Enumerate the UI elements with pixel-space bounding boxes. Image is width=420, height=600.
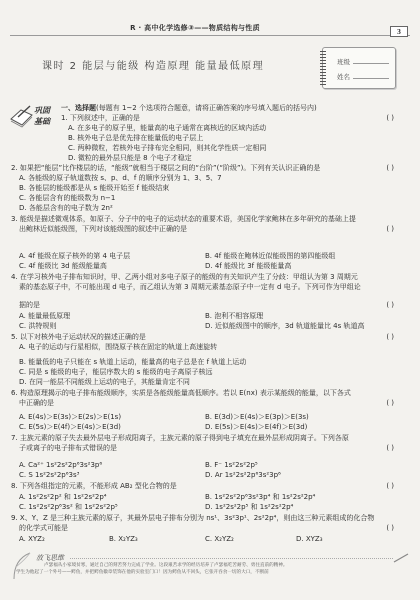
q5-option-b: B. 能量低的电子只能在 s 轨道上运动，能量高的电子总是在 f 轨道上运动 <box>19 358 246 368</box>
q2-option-b: B. 各能层的能级都是从 s 能级开始至 f 能级结束 <box>19 184 169 194</box>
q8-option-c: C. 1s²2s²2p⁶3s² 和 1s²2s²2p⁵ <box>19 503 118 513</box>
page-header: R · 高中化学选修③——物质结构与性质 3 <box>10 20 410 36</box>
q5-option-a: A. 电子的运动与行星相似，围绕原子核在固定的轨道上高速旋转 <box>19 343 217 353</box>
q2-option-a: A. 各能级的原子轨道数按 s、p、d、f 的顺序分别为 1、3、5、7 <box>19 174 222 184</box>
worksheet-page: R · 高中化学选修③——物质结构与性质 3 课时 2 能层与能级 构造原理 能… <box>0 0 420 600</box>
q6-stem-line1: 6. 构造原理揭示的电子排布能级顺序，实质是各能级能量高低顺序。若以 E(nx)… <box>11 389 351 399</box>
section-title: 一、选择题 <box>61 104 96 112</box>
q9-stem-line1: 9. X、Y、Z 是三种主族元素的原子，其最外层电子排布分别为 ns¹、3s²3… <box>11 514 374 524</box>
q1-stem: 1. 下列叙述中，正确的是 <box>61 114 140 124</box>
q1-option-c: C. 两种微粒，若核外电子排布完全相同，则其化学性质一定相同 <box>68 144 266 154</box>
section-badge: 巩固 基础 <box>8 105 60 139</box>
q6-stem-line2: 中正确的是 <box>19 399 54 409</box>
q4-stem-line3: 据的是 <box>19 301 40 311</box>
q9-stem-line2: 的化学式可能是 <box>19 524 68 534</box>
q4-stem-line1: 4. 在学习核外电子排布知识时，甲、乙两小组对多电子原子的能级的有关知识产生了分… <box>11 273 358 283</box>
q2-option-c: C. 各能层含有的能级数为 n−1 <box>19 194 115 204</box>
q6-answer-blank[interactable]: ( ) <box>386 399 394 409</box>
q7-option-b: B. F⁻ 1s²2s²2p⁵ <box>205 461 258 471</box>
q4-option-c: C. 洪特规则 <box>19 322 56 332</box>
q9-option-b: B. X₂YZ₃ <box>109 535 138 545</box>
section-heading: 一、选择题(每题有 1~2 个选项符合题意，请将正确答案的序号填入题后的括号内) <box>61 104 317 114</box>
q8-option-d: D. 1s²2s²2p⁵ 和 1s²2s²2p⁴ <box>205 503 293 513</box>
q4-answer-blank[interactable]: ( ) <box>386 301 394 311</box>
q1-option-b: B. 核外电子总是优先排在能量低的电子层上 <box>68 134 203 144</box>
q6-option-c: C. E(5s)＞E(4f)＞E(4s)＞E(3d) <box>19 423 121 433</box>
q5-stem: 5. 以下对核外电子运动状况的描述正确的是 <box>11 333 146 343</box>
q7-answer-blank[interactable]: ( ) <box>386 444 394 454</box>
q4-stem-line2: 素的基态原子中，不可能出现 d 电子，而乙组认为第 3 周期元素基态原子中一定有… <box>19 283 361 293</box>
q3-option-a: A. 4f 能级在原子核外的第 4 电子层 <box>19 252 130 262</box>
badge-line2: 基础 <box>34 116 50 127</box>
q7-option-c: C. S 1s²2s²2p⁶3s³ <box>19 471 79 481</box>
q3-stem-line2: 出鲍林近似能级图，下列对该能级图的叙述中正确的是 <box>19 225 187 235</box>
name-field[interactable]: 姓名 <box>337 72 389 81</box>
spiral-binding-icon <box>320 51 326 87</box>
q4-option-a: A. 能量最低原理 <box>19 312 70 322</box>
q7-option-d: D. Ar 1s²2s²2p⁶3s²3p⁶ <box>205 471 281 481</box>
q8-option-b: B. 1s²2s²2p⁶3s²3p⁴ 和 1s²2s²2p⁴ <box>205 493 315 503</box>
q7-stem-line1: 7. 主族元素的原子失去最外层电子形成阳离子，主族元素的原子得到电子填充在最外层… <box>11 434 349 444</box>
q5-answer-blank[interactable]: ( ) <box>386 333 394 343</box>
q8-stem: 8. 下列各组指定的元素，不能形成 AB₂ 型化合物的是 <box>11 482 177 492</box>
footer-text-line1: 卢瑟福从小家境贫寒，通过自己的刻苦努力完成了学业。这段艰苦求学的经历培养了卢瑟福… <box>44 563 287 568</box>
page-number: 3 <box>390 26 408 37</box>
name-card: 班级 姓名 <box>322 47 396 89</box>
book-title: R · 高中化学选修③——物质结构与性质 <box>10 23 380 33</box>
q3-option-c: C. 4f 能级比 3d 能级能量高 <box>19 262 107 272</box>
q5-option-c: C. 同是 s 能级的电子，能层序数大的 s 能级的电子离原子核远 <box>19 368 213 378</box>
q3-option-b: B. 4f 能级在鲍林近似能级图的第四能级组 <box>205 252 335 262</box>
badge-line1: 巩固 <box>34 105 50 116</box>
q4-option-d: D. 近似能级图中的顺序，3d 轨道能量比 4s 轨道高 <box>205 322 365 332</box>
q6-option-a: A. E(4s)＞E(3s)＞E(2s)＞E(1s) <box>19 413 121 423</box>
q1-answer-blank[interactable]: ( ) <box>386 114 394 124</box>
lesson-title: 课时 2 能层与能级 构造原理 能量最低原理 <box>42 57 264 72</box>
q1-option-a: A. 在多电子的原子里，能量高的电子通常在离核近的区域内活动 <box>68 124 266 134</box>
q9-answer-blank[interactable]: ( ) <box>386 524 394 534</box>
q1-option-d: D. 微粒的最外层只能是 8 个电子才稳定 <box>68 154 192 164</box>
q9-option-c: C. X₂YZ₂ <box>205 535 234 545</box>
q9-option-d: D. XYZ₃ <box>296 535 323 545</box>
q2-option-d: D. 各能层含有的电子数为 2n² <box>19 204 113 214</box>
class-label: 班级 <box>337 58 350 66</box>
footer-text-line2: 学生为他起了一个外号——鳄鱼，并把鳄鱼徽章装饰在他的实验室门口！因为鳄鱼从不回头… <box>16 569 413 576</box>
q8-answer-blank[interactable]: ( ) <box>386 482 394 492</box>
q3-stem-line1: 3. 能级是描述微观体系，如原子、分子中的电子的运动状态的重要术语，美国化学家鲍… <box>11 215 356 225</box>
q6-option-b: B. E(3d)＞E(4s)＞E(3p)＞E(3s) <box>205 413 309 423</box>
q2-stem: 2. 如果把“能层”比作楼层的话，“能级”就相当于楼层之间的“台阶”(“阶级”)… <box>11 164 320 174</box>
q7-option-a: A. Ca²⁺ 1s²2s²2p⁶3s²3p⁶ <box>19 461 102 471</box>
footer-reading: 放飞思维 卢瑟福从小家境贫寒，通过自己的刻苦努力完成了学业。这段艰苦求学的经历培… <box>8 553 413 583</box>
q6-option-d: D. E(5s)＞E(4s)＞E(4f)＞E(3d) <box>205 423 307 433</box>
class-field[interactable]: 班级 <box>337 57 389 66</box>
notebook-pencil-icon <box>8 105 34 129</box>
q4-option-b: B. 泡利不相容原理 <box>205 312 263 322</box>
q9-option-a: A. XYZ₂ <box>19 535 45 545</box>
q3-answer-blank[interactable]: ( ) <box>386 225 394 235</box>
q7-stem-line2: 子或离子的电子排布式错误的是 <box>19 444 117 454</box>
q8-option-a: A. 1s²2s²2p² 和 1s²2s²2p⁴ <box>19 493 107 503</box>
section-instruction: (每题有 1~2 个选项符合题意，请将正确答案的序号填入题后的括号内) <box>96 104 317 112</box>
q2-answer-blank[interactable]: ( ) <box>386 164 394 174</box>
q3-option-d: D. 4f 能级比 3f 能级能量高 <box>205 262 291 272</box>
q5-option-d: D. 在同一能层不同能级上运动的电子，其能量肯定不同 <box>19 378 190 388</box>
footer-text: 卢瑟福从小家境贫寒，通过自己的刻苦努力完成了学业。这段艰苦求学的经历培养了卢瑟福… <box>8 562 413 576</box>
footer-divider <box>70 558 393 559</box>
name-label: 姓名 <box>337 73 350 81</box>
